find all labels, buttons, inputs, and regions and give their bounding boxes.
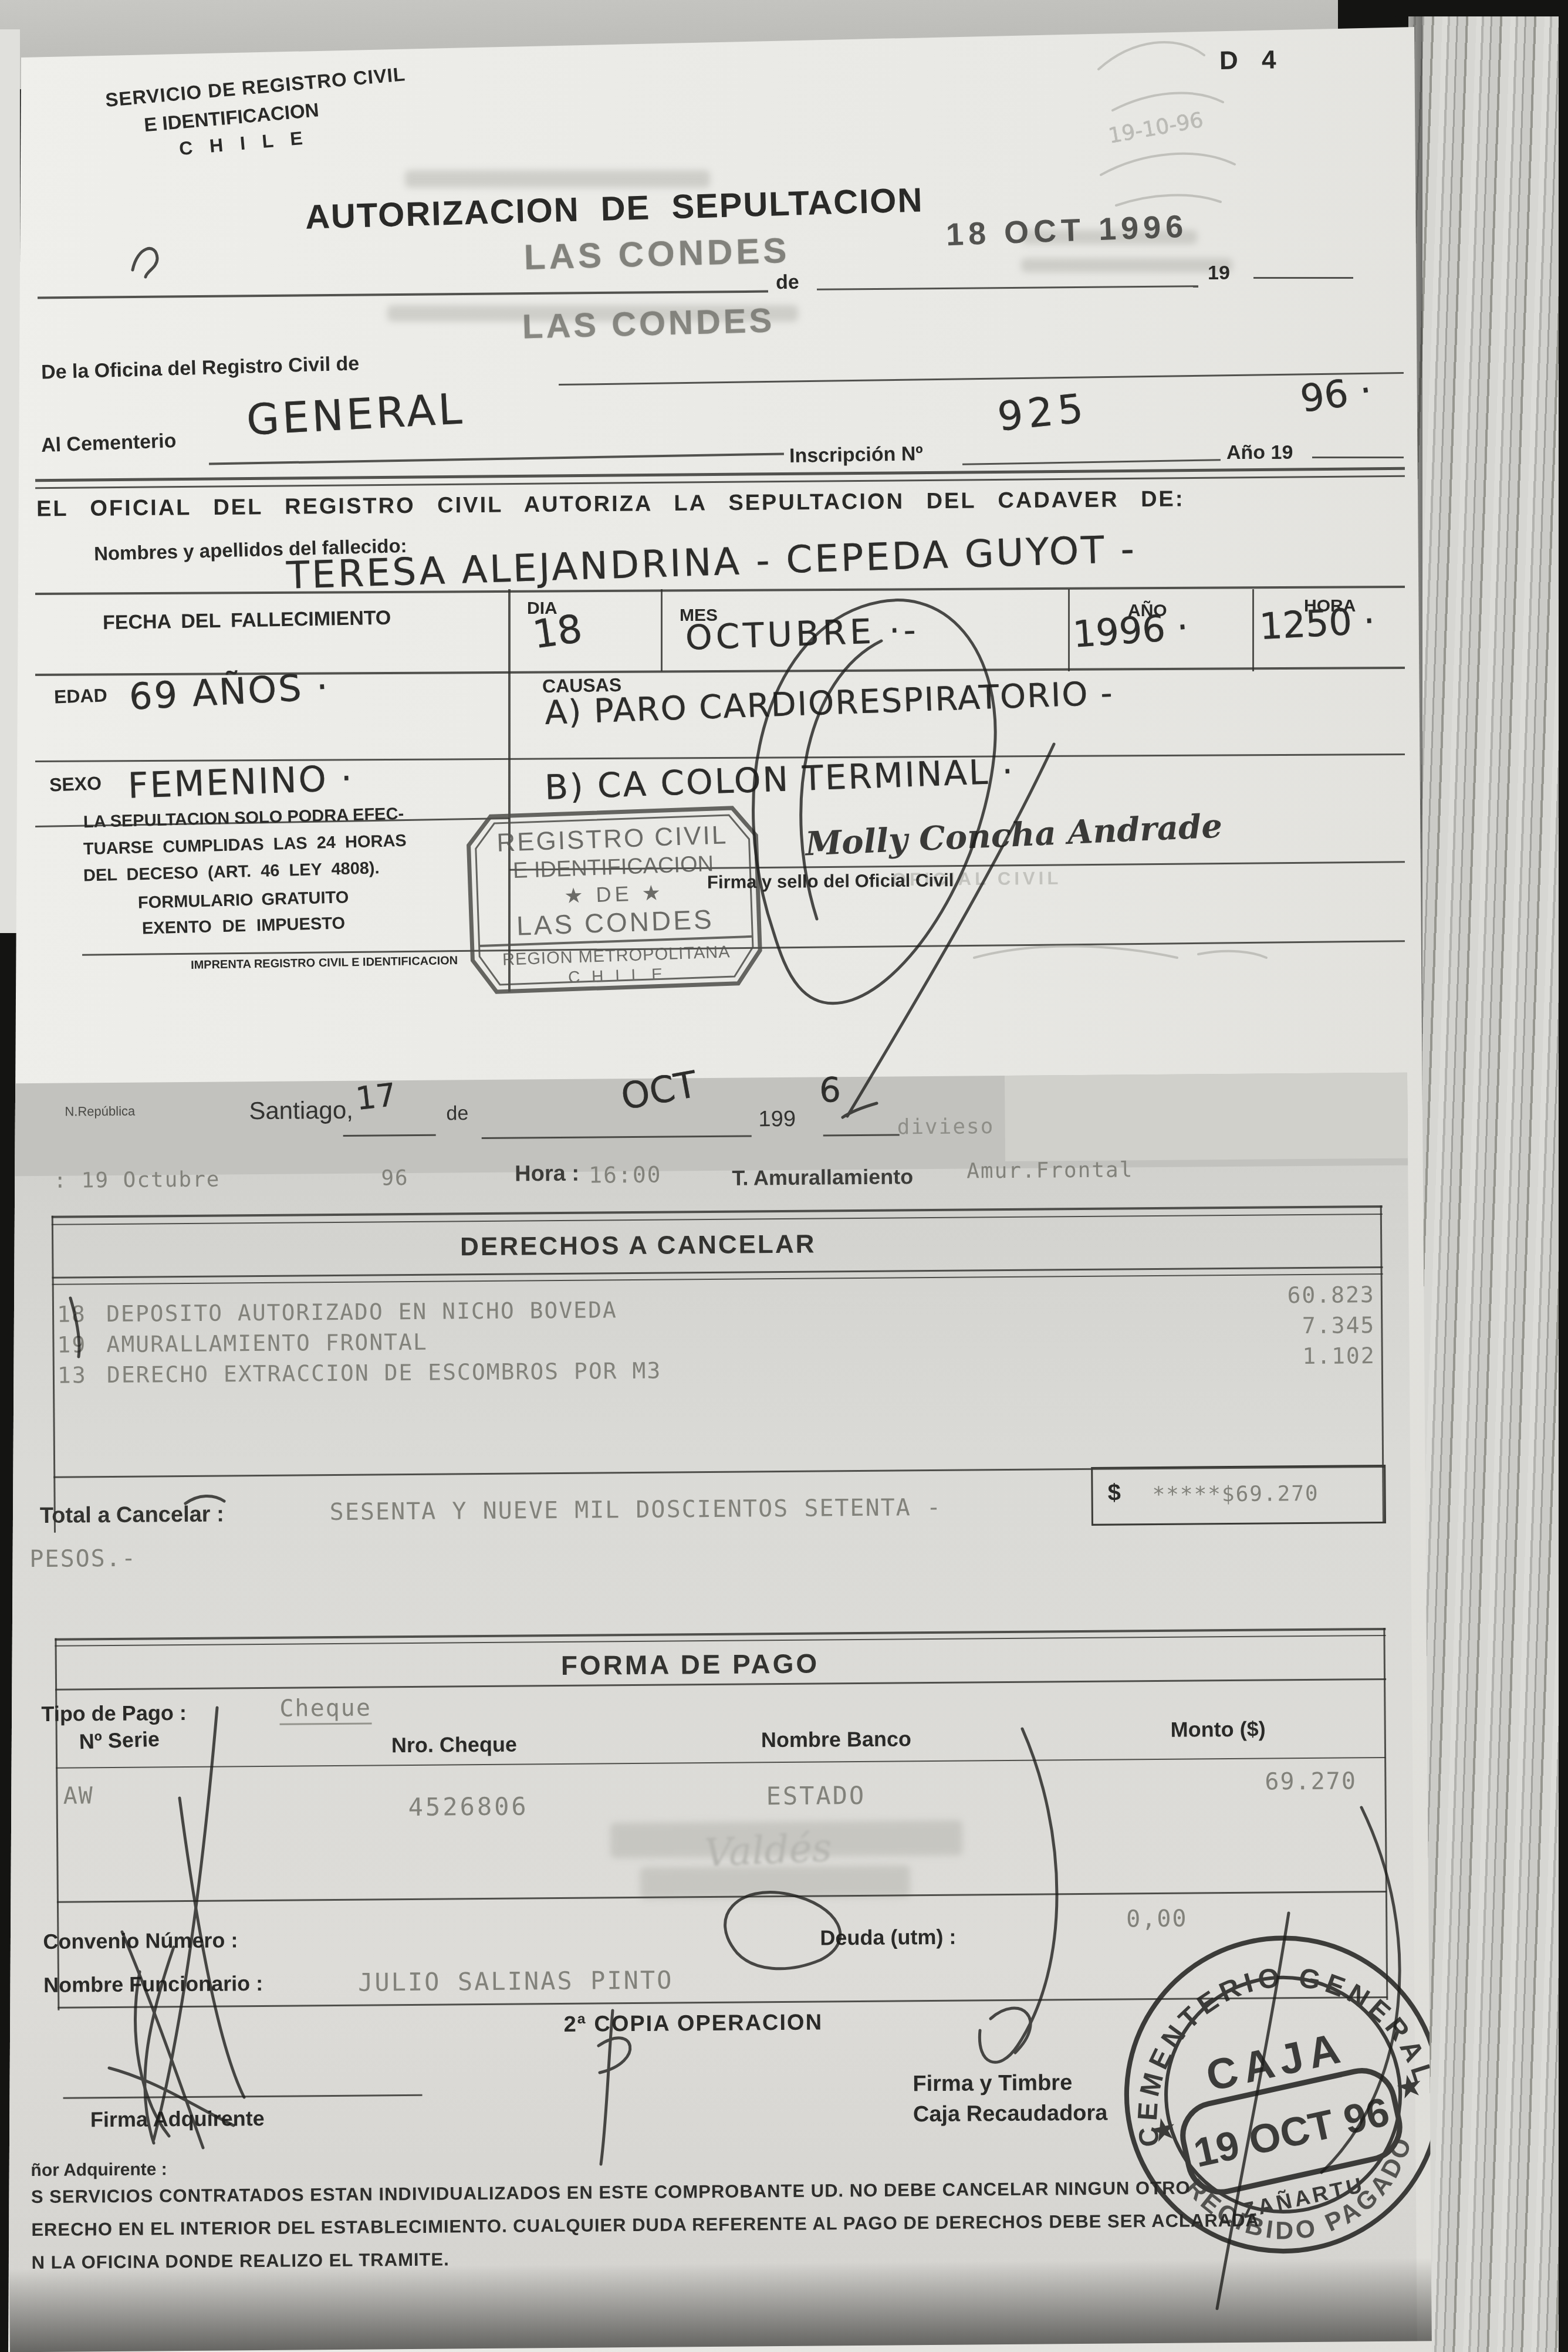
faint-stamp-name: Valdés — [704, 1825, 833, 1875]
tipo-amurallamiento-label: T. Amurallamiento — [732, 1164, 913, 1190]
pen-loop-scribble — [753, 600, 996, 1003]
caja-recaudadora-label: Caja Recaudadora — [913, 2101, 1108, 2128]
rule — [35, 467, 1405, 482]
item-desc: DEPOSITO AUTORIZADO EN NICHO BOVEDA — [106, 1297, 617, 1327]
rule — [35, 586, 1405, 595]
firma-sello-label: Firma y sello del Oficial Civil — [707, 870, 954, 893]
tipo-pago-label: Tipo de Pago : — [41, 1701, 187, 1726]
causa-b-handwritten: B) CA COLON TERMINAL · — [544, 751, 1015, 807]
item-code: 19 — [57, 1332, 86, 1357]
received-date-stamp: 18 OCT 1996 — [945, 208, 1188, 253]
banco-value: ESTADO — [766, 1781, 866, 1810]
rule — [209, 452, 784, 465]
scanned-burial-authorization: SERVICIO DE REGISTRO CIVIL E IDENTIFICAC… — [0, 0, 1568, 2352]
rule — [1068, 589, 1070, 671]
ghost-handwriting-squiggle — [1099, 42, 1204, 69]
stamp-line3: ★ DE ★ — [564, 880, 665, 908]
hora-receipt-label: Hora : — [515, 1161, 579, 1187]
gutter-shadow — [9, 2256, 1568, 2352]
item-desc: DERECHO EXTRACCION DE ESCOMBROS POR M3 — [107, 1358, 662, 1388]
currency-symbol: $ — [1107, 1479, 1121, 1506]
agency-block: SERVICIO DE REGISTRO CIVIL E IDENTIFICAC… — [104, 63, 411, 165]
forma-pago-title: FORMA DE PAGO — [561, 1648, 820, 1681]
dotmatrix-year: 96 — [381, 1166, 409, 1190]
header-banco: Nombre Banco — [761, 1726, 911, 1752]
serie-value: AW — [63, 1782, 94, 1809]
firma-timbre-label: Firma y Timbre — [913, 2070, 1072, 2097]
ghost-handwriting-squiggle — [974, 946, 1177, 958]
oficina-label: De la Oficina del Registro Civil de — [41, 352, 360, 384]
nota-line3: DEL DECESO (ART. 46 LEY 4808). — [83, 859, 380, 886]
item-amount: 7.345 — [1234, 1312, 1375, 1339]
stamp-line5: REGION METROPOLITANA — [502, 942, 731, 969]
sexo-label: SEXO — [49, 772, 102, 796]
total-label: Total a Cancelar : — [40, 1502, 224, 1528]
ghost-handwritten-date: 19-10-96 — [1107, 108, 1205, 148]
ghost-handwriting-squiggle — [1101, 154, 1235, 175]
document-title: AUTORIZACION DE SEPULTACION — [305, 180, 924, 236]
total-amount: *****$69.270 — [1152, 1482, 1319, 1507]
deuda-value: 0,00 — [1126, 1905, 1188, 1933]
rule — [1252, 589, 1254, 671]
funcionario-value: JULIO SALINAS PINTO — [358, 1966, 674, 1997]
item-desc: AMURALLAMIENTO FRONTAL — [106, 1329, 428, 1357]
rule — [817, 285, 1198, 290]
causa-a-handwritten: A) PARO CARDIORESPIRATORIO - — [544, 674, 1114, 732]
stamp-line2: E IDENTIFICACION — [512, 851, 714, 883]
derechos-title: DERECHOS A CANCELAR — [460, 1230, 816, 1262]
stamp-line4: LAS CONDES — [516, 904, 714, 941]
de-label: de — [776, 271, 799, 295]
cashier-receipt: N.República Santiago, 17 de OCT 199 6 : … — [0, 1071, 1568, 2352]
year-digit-handwritten: 6 — [819, 1070, 841, 1110]
tipo-pago-value: Cheque — [279, 1695, 371, 1725]
santiago-label: Santiago, — [249, 1096, 353, 1125]
page-stack-edge — [1408, 16, 1559, 2352]
item-amount: 1.102 — [1235, 1343, 1376, 1370]
firma-adquirente-label: Firma Adquirente — [90, 2106, 265, 2132]
ghost-handwriting-squiggle — [1113, 93, 1223, 110]
cementerio-label: Al Cementerio — [40, 430, 177, 457]
left-page-sliver — [0, 29, 20, 933]
rule — [559, 372, 1404, 386]
header-serie: Nº Serie — [79, 1727, 160, 1755]
fecha-label: FECHA DEL FALLECIMIENTO — [103, 607, 391, 635]
inscripcion-label: Inscripción Nº — [789, 442, 923, 468]
ano2-value-handwritten: 1996 · — [1072, 605, 1190, 656]
header-cheque: Nro. Cheque — [391, 1732, 517, 1758]
item-code: 13 — [58, 1362, 87, 1388]
tipo-amurallamiento-value: Amur.Frontal — [967, 1158, 1133, 1183]
comuna-stamp-1: LAS CONDES — [523, 230, 790, 278]
hora-value-handwritten: 1250 · — [1258, 599, 1376, 648]
rule — [962, 459, 1221, 465]
bleed-through-ghost — [1021, 258, 1232, 272]
nota-line2: TUARSE CUMPLIDAS LAS 24 HORAS — [83, 832, 407, 859]
cementerio-caja-stamp: CEMENTERIO GENERAL RECIBIDO PAGADO ★ ★ C… — [1083, 1893, 1483, 2297]
mes-value-handwritten: OCTUBRE ·- — [685, 610, 920, 658]
deuda-label: Deuda (utm) : — [820, 1925, 956, 1951]
hora-receipt-value: 16:00 — [589, 1162, 662, 1188]
document-page: SERVICIO DE REGISTRO CIVIL E IDENTIFICAC… — [0, 0, 1568, 2352]
ano-value-handwritten: 96 · — [1297, 369, 1374, 421]
pen-mark — [133, 248, 157, 277]
total-words: SESENTA Y NUEVE MIL DOSCIENTOS SETENTA - — [330, 1494, 942, 1526]
year-prefix2: 199 — [758, 1107, 796, 1132]
nota-line4: FORMULARIO GRATUITO — [138, 888, 349, 913]
item-code: 18 — [57, 1301, 86, 1327]
convenio-label: Convenio Número : — [43, 1928, 238, 1954]
total-words-2: PESOS.- — [29, 1545, 137, 1573]
receipt-band-inset — [1005, 1073, 1408, 1161]
copia-label: 2ª COPIA OPERACION — [563, 2010, 823, 2037]
ghost-name-dotmatrix: divieso — [897, 1114, 994, 1139]
dotmatrix-date: : 19 Octubre — [53, 1168, 220, 1193]
nota-line5: EXENTO DE IMPUESTO — [142, 914, 346, 938]
funcionario-label: Nombre Funcionario : — [43, 1971, 263, 1998]
ghost-handwriting-squiggle — [1198, 951, 1266, 958]
sexo-value-handwritten: FEMENINO · — [127, 758, 354, 806]
monto-value: 69.270 — [1265, 1768, 1357, 1795]
official-signature: Molly Concha Andrade — [805, 807, 1223, 864]
inscripcion-value-handwritten: 925 — [995, 385, 1090, 441]
bleed-through-ghost — [405, 170, 710, 188]
cheque-value: 4526806 — [408, 1792, 529, 1822]
santiago-day-handwritten: 17 — [354, 1076, 398, 1117]
rule — [38, 290, 768, 299]
stamp-line6: C H I L E — [568, 965, 667, 986]
de2-label: de — [446, 1102, 468, 1125]
nota-line1: LA SEPULTACION SOLO PODRA EFEC- — [83, 805, 404, 832]
pen-diagonal-stroke — [847, 744, 1054, 1116]
ano-label: Año 19 — [1226, 441, 1293, 464]
authorization-line: EL OFICIAL DEL REGISTRO CIVIL AUTORIZA L… — [36, 486, 1185, 522]
edad-label: EDAD — [53, 684, 107, 708]
comuna-stamp-2: LAS CONDES — [522, 300, 775, 346]
cementerio-value-handwritten: GENERAL — [245, 384, 466, 444]
rule — [1312, 457, 1404, 458]
footer-salutation: ñor Adquirente : — [31, 2160, 167, 2181]
n-republica-label: N.República — [65, 1104, 135, 1120]
header-monto: Monto ($) — [1171, 1717, 1266, 1742]
item-amount: 60.823 — [1234, 1282, 1375, 1309]
dia-value-handwritten: 18 — [530, 606, 585, 658]
rule — [661, 589, 663, 671]
ghost-handwriting-squiggle — [1116, 195, 1221, 205]
imprenta-note: IMPRENTA REGISTRO CIVIL E IDENTIFICACION — [191, 954, 458, 972]
rule — [1253, 277, 1353, 279]
registro-civil-stamp: REGISTRO CIVIL E IDENTIFICACION ★ DE ★ L… — [464, 802, 766, 997]
page-code: D 4 — [1219, 45, 1285, 76]
year-prefix: 19 — [1208, 262, 1230, 285]
